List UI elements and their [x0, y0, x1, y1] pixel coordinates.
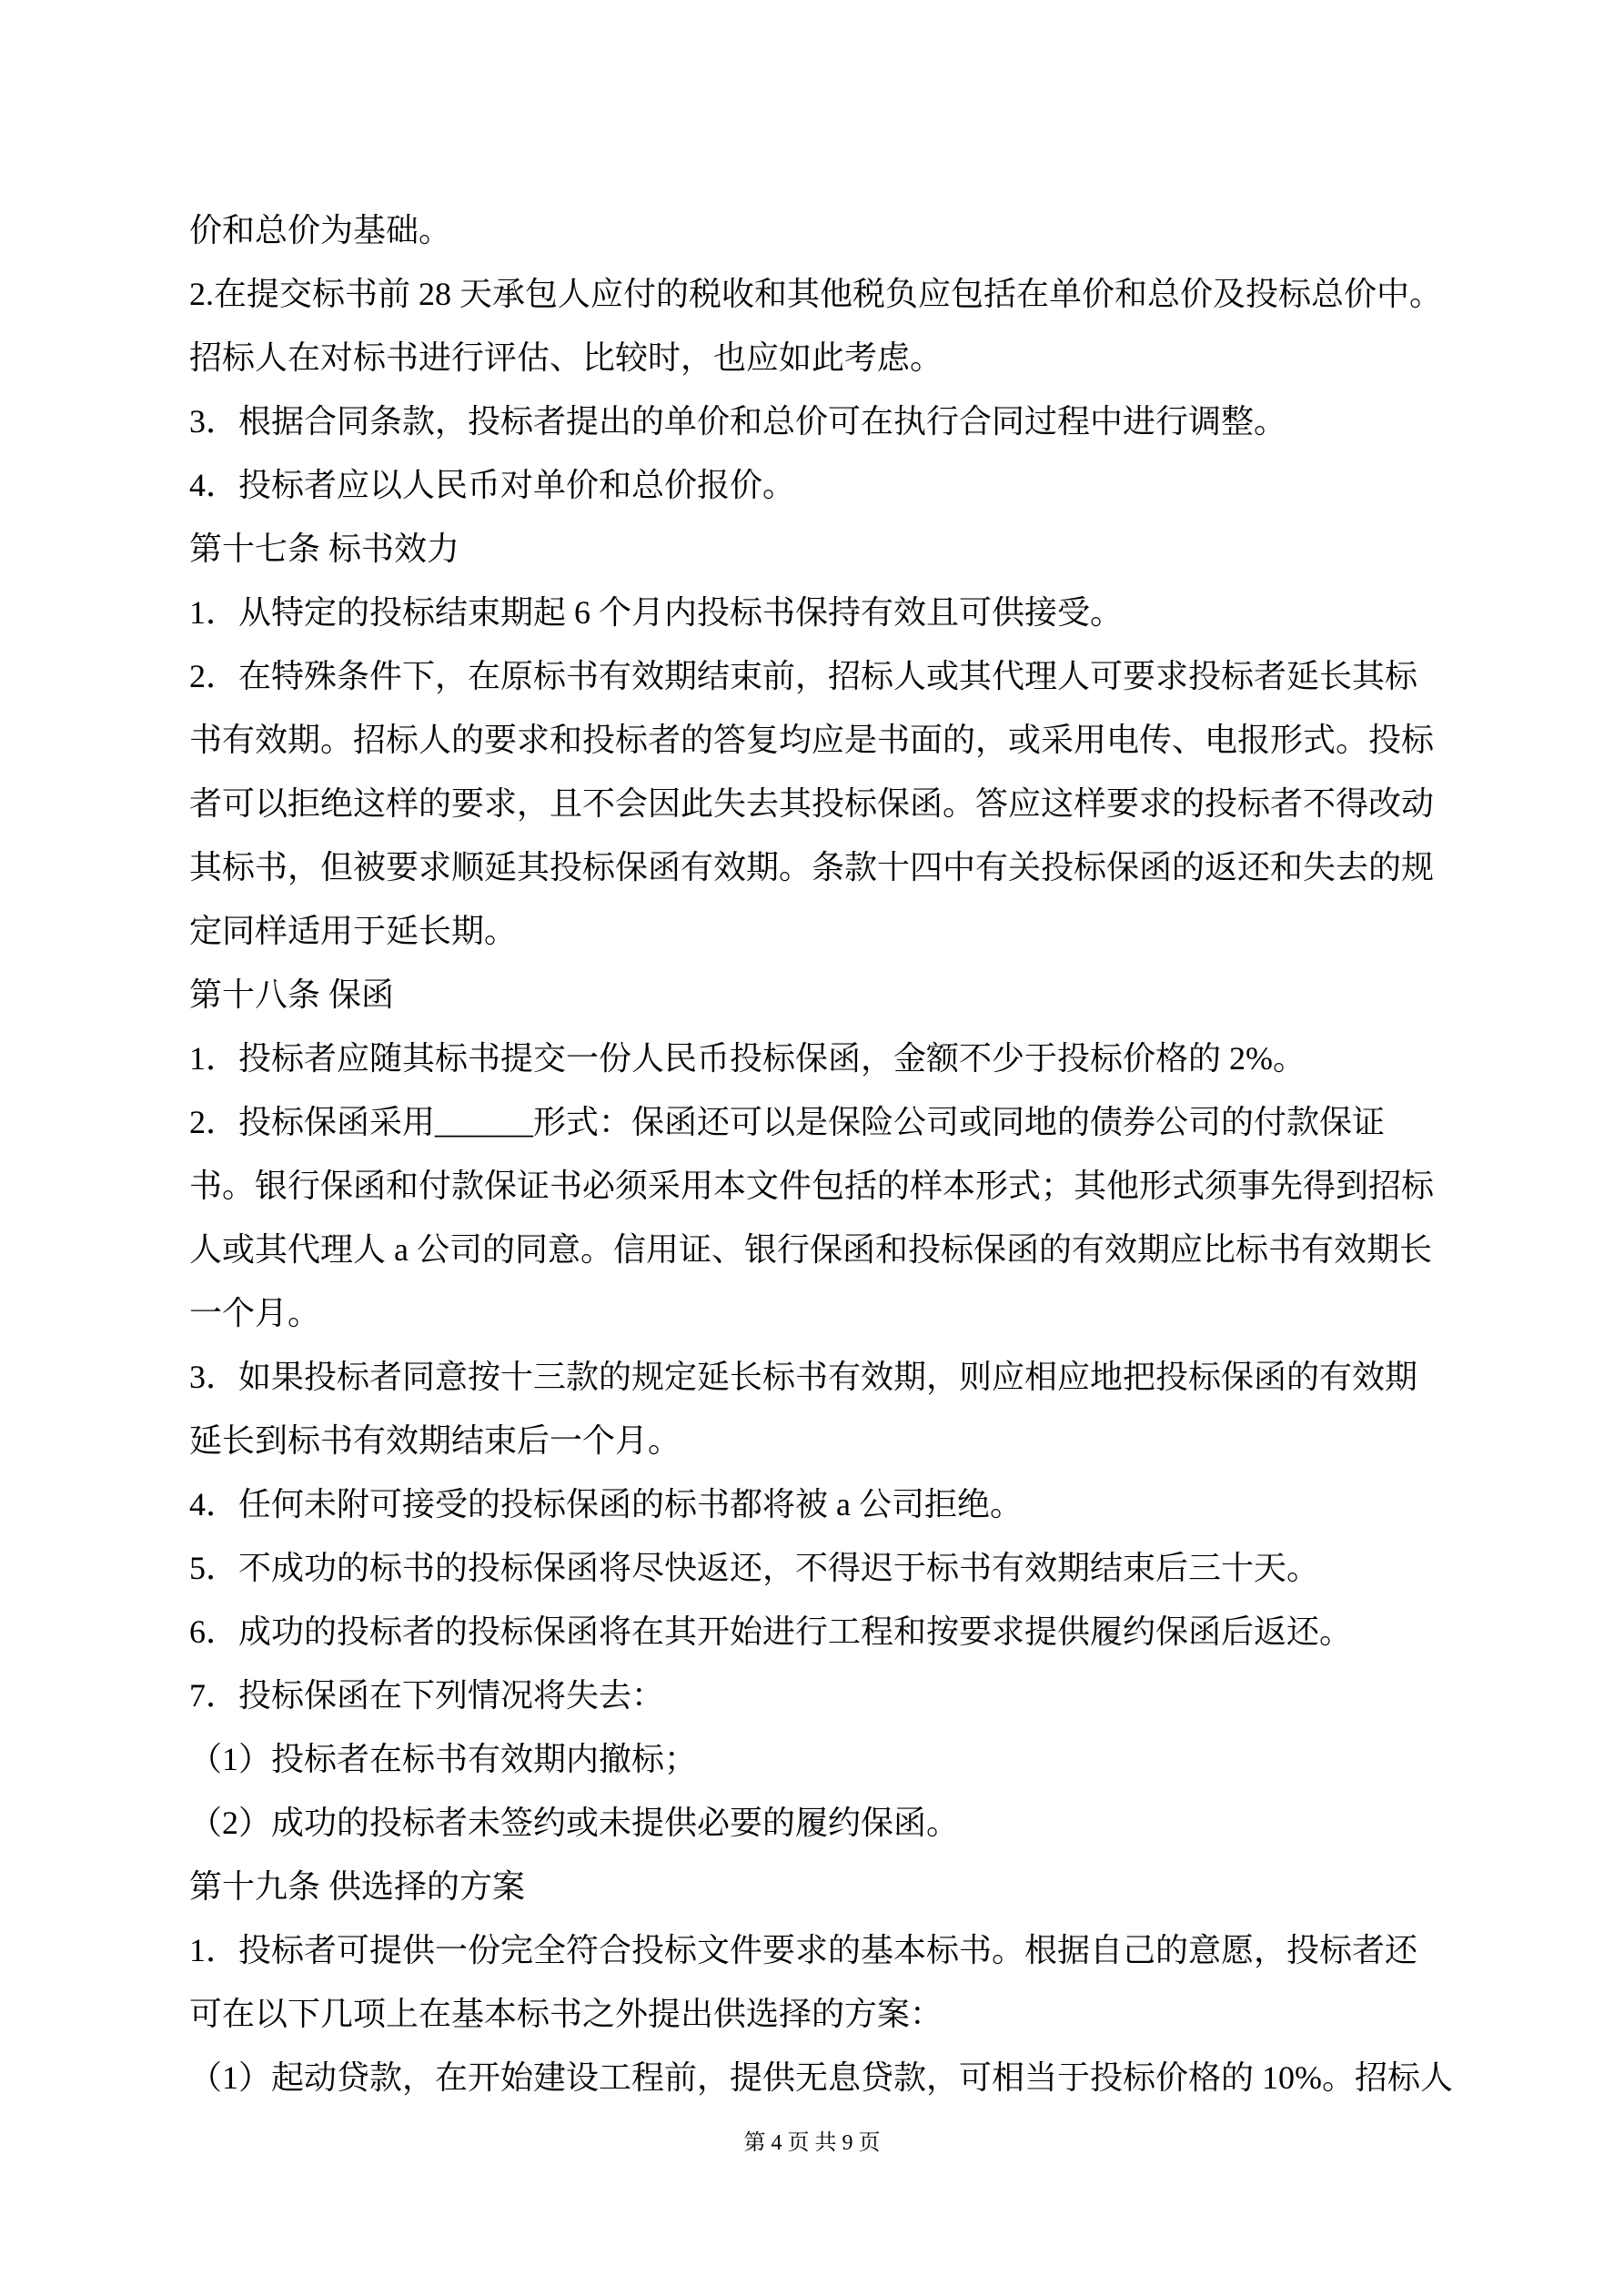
text-line: 一个月。 — [189, 1281, 1445, 1345]
document-text: 价和总价为基础。2.在提交标书前 28 天承包人应付的税收和其他税负应包括在单价… — [189, 198, 1445, 2109]
text-line: 者可以拒绝这样的要求，且不会因此失去其投标保函。答应这样要求的投标者不得改动 — [189, 772, 1445, 835]
page-footer: 第 4 页 共 9 页 — [0, 2128, 1624, 2159]
text-line: 可在以下几项上在基本标书之外提出供选择的方案： — [189, 1982, 1445, 2046]
text-line: 2．在特殊条件下，在原标书有效期结束前，招标人或其代理人可要求投标者延长其标 — [189, 644, 1445, 708]
text-line: （1）投标者在标书有效期内撤标； — [189, 1727, 1445, 1791]
text-line: 1．投标者可提供一份完全符合投标文件要求的基本标书。根据自己的意愿，投标者还 — [189, 1918, 1445, 1982]
text-line: 2．投标保函采用______形式：保函还可以是保险公司或同地的债券公司的付款保证 — [189, 1090, 1445, 1154]
text-line: 4．任何未附可接受的投标保函的标书都将被 a 公司拒绝。 — [189, 1472, 1445, 1536]
text-line: 1．投标者应随其标书提交一份人民币投标保函，金额不少于投标价格的 2%。 — [189, 1027, 1445, 1090]
text-line: 第十九条 供选择的方案 — [189, 1855, 1445, 1918]
text-line: 价和总价为基础。 — [189, 198, 1445, 262]
text-line: 招标人在对标书进行评估、比较时，也应如此考虑。 — [189, 326, 1445, 389]
text-line: 定同样适用于延长期。 — [189, 899, 1445, 963]
text-line: 7．投标保函在下列情况将失去： — [189, 1664, 1445, 1727]
text-line: 人或其代理人 a 公司的同意。信用证、银行保函和投标保函的有效期应比标书有效期长 — [189, 1218, 1445, 1281]
text-line: 其标书，但被要求顺延其投标保函有效期。条款十四中有关投标保函的返还和失去的规 — [189, 835, 1445, 899]
text-line: 5．不成功的标书的投标保函将尽快返还，不得迟于标书有效期结束后三十天。 — [189, 1536, 1445, 1600]
text-line: 3．根据合同条款，投标者提出的单价和总价可在执行合同过程中进行调整。 — [189, 389, 1445, 453]
document-page: 价和总价为基础。2.在提交标书前 28 天承包人应付的税收和其他税负应包括在单价… — [0, 0, 1624, 2296]
text-line: 6．成功的投标者的投标保函将在其开始进行工程和按要求提供履约保函后返还。 — [189, 1600, 1445, 1664]
text-line: 4．投标者应以人民币对单价和总价报价。 — [189, 453, 1445, 517]
text-line: （2）成功的投标者未签约或未提供必要的履约保函。 — [189, 1791, 1445, 1855]
text-line: （1）起动贷款，在开始建设工程前，提供无息贷款，可相当于投标价格的 10%。招标… — [189, 2046, 1445, 2109]
text-line: 第十七条 标书效力 — [189, 517, 1445, 581]
text-line: 书有效期。招标人的要求和投标者的答复均应是书面的，或采用电传、电报形式。投标 — [189, 708, 1445, 772]
text-line: 2.在提交标书前 28 天承包人应付的税收和其他税负应包括在单价和总价及投标总价… — [189, 262, 1445, 326]
text-line: 书。银行保函和付款保证书必须采用本文件包括的样本形式；其他形式须事先得到招标 — [189, 1154, 1445, 1218]
text-line: 3．如果投标者同意按十三款的规定延长标书有效期，则应相应地把投标保函的有效期 — [189, 1345, 1445, 1409]
text-line: 1．从特定的投标结束期起 6 个月内投标书保持有效且可供接受。 — [189, 581, 1445, 644]
text-line: 第十八条 保函 — [189, 963, 1445, 1027]
text-line: 延长到标书有效期结束后一个月。 — [189, 1409, 1445, 1472]
